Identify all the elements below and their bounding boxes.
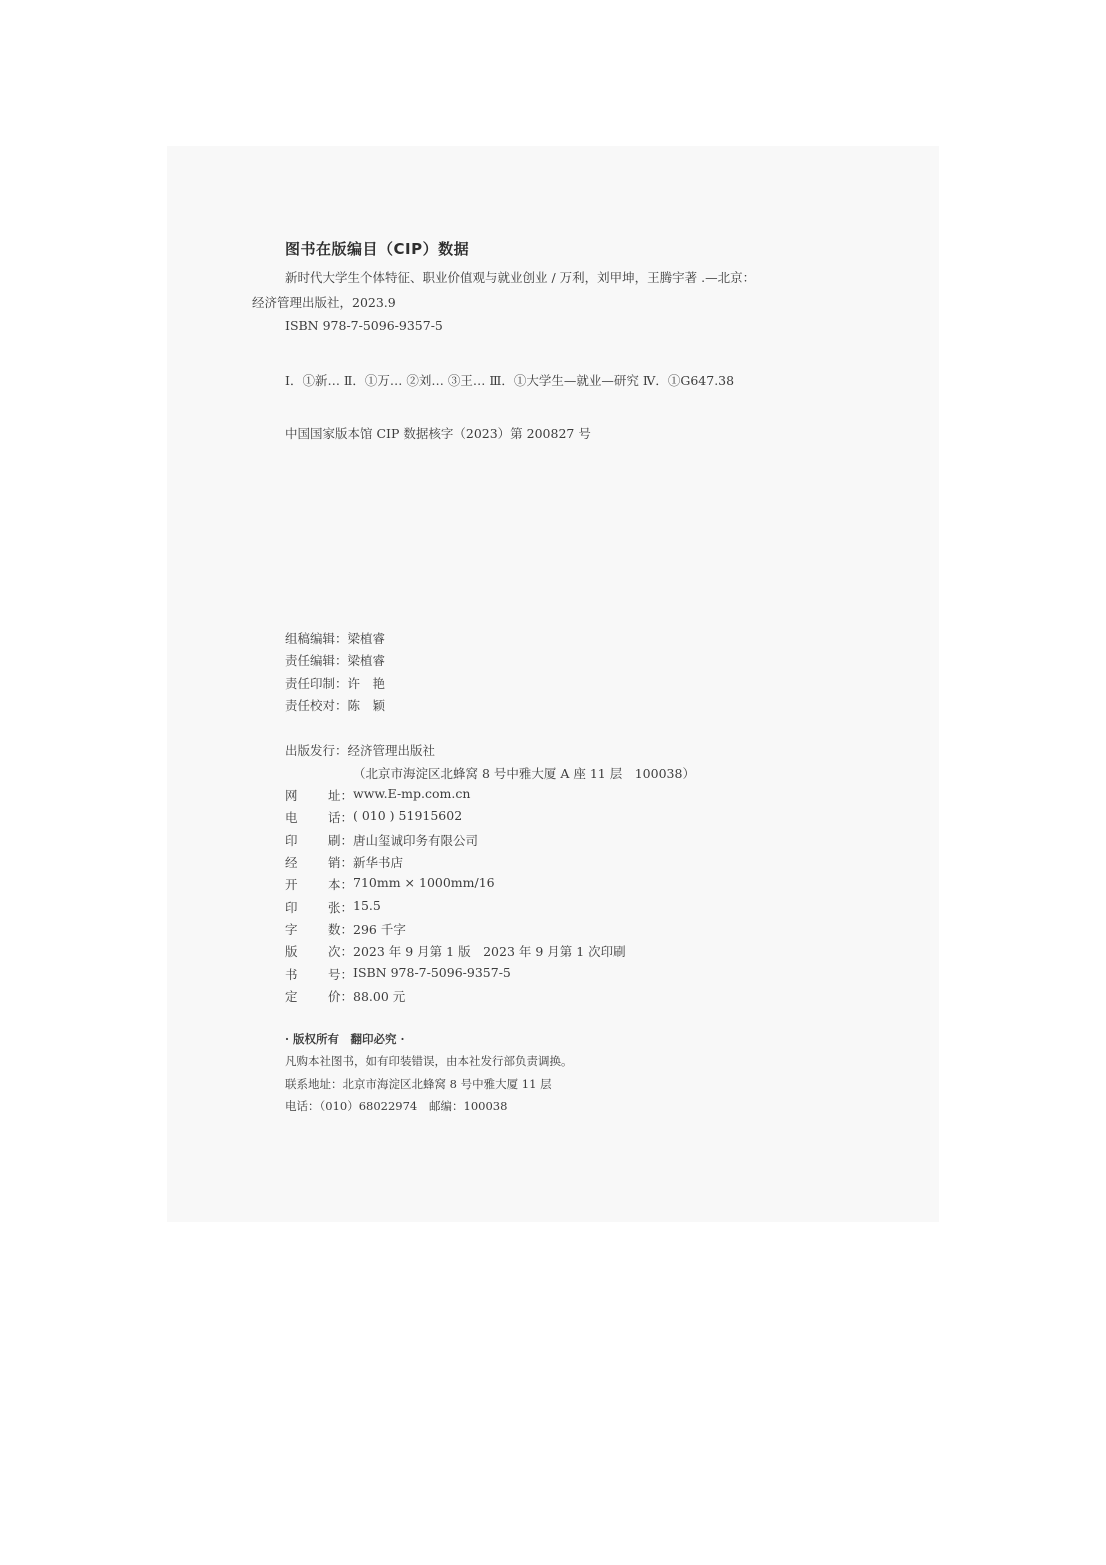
detail-row-price: 定价： 88.00 元 <box>285 987 405 1005</box>
detail-value: ( 010 ) 51915602 <box>353 808 462 826</box>
detail-label-a: 定 <box>285 987 298 1005</box>
detail-row-distributor: 经销： 新华书店 <box>285 853 403 871</box>
detail-value: ISBN 978-7-5096-9357-5 <box>353 965 511 983</box>
editor-value: 陈 颖 <box>348 696 386 714</box>
detail-label-a: 字 <box>285 920 298 938</box>
detail-label-a: 版 <box>285 942 298 960</box>
detail-label-a: 电 <box>285 808 298 826</box>
cip-classification: Ⅰ．①新… Ⅱ．①万… ②刘… ③王… Ⅲ．①大学生—就业—研究 Ⅳ．①G647… <box>285 371 734 389</box>
detail-label-b: 销： <box>328 853 353 871</box>
copyright-page: 图书在版编目（CIP）数据 新时代大学生个体特征、职业价值观与就业创业 / 万利… <box>167 146 939 1222</box>
detail-value: 15.5 <box>353 898 381 916</box>
detail-label-a: 网 <box>285 786 298 804</box>
detail-label-b: 次： <box>328 942 353 960</box>
detail-label-a: 印 <box>285 898 298 916</box>
detail-row-edition: 版次： 2023 年 9 月第 1 版 2023 年 9 月第 1 次印刷 <box>285 942 626 960</box>
cip-book-line: 新时代大学生个体特征、职业价值观与就业创业 / 万利，刘甲坤，王腾宇著 .—北京… <box>285 268 755 286</box>
detail-row-isbn: 书号： ISBN 978-7-5096-9357-5 <box>285 965 511 983</box>
detail-label-b: 址： <box>328 786 353 804</box>
detail-label-a: 开 <box>285 875 298 893</box>
editor-value: 梁植睿 <box>348 629 386 647</box>
detail-label-a: 书 <box>285 965 298 983</box>
editor-label: 责任印制： <box>285 674 348 692</box>
detail-value: 88.00 元 <box>353 987 405 1005</box>
editor-value: 梁植睿 <box>348 651 386 669</box>
detail-value: 唐山玺诚印务有限公司 <box>353 831 478 849</box>
detail-value: www.E-mp.com.cn <box>353 786 470 804</box>
detail-label-b: 刷： <box>328 831 353 849</box>
publisher-address: （北京市海淀区北蜂窝 8 号中雅大厦 A 座 11 层 100038） <box>353 764 695 782</box>
detail-value: 710mm × 1000mm/16 <box>353 875 495 893</box>
cip-isbn: ISBN 978-7-5096-9357-5 <box>285 318 443 333</box>
detail-value: 296 千字 <box>353 920 406 938</box>
publisher-value: 经济管理出版社 <box>348 741 436 759</box>
contact-phone: 电话：（010）68022974 <box>285 1098 417 1114</box>
detail-row-word-count: 字数： 296 千字 <box>285 920 406 938</box>
editor-label: 组稿编辑： <box>285 629 348 647</box>
copyright-notice: · 版权所有 翻印必究 · <box>285 1031 405 1047</box>
detail-label-b: 本： <box>328 875 353 893</box>
cip-verification-number: 中国国家版本馆 CIP 数据核字（2023）第 200827 号 <box>285 424 591 442</box>
detail-label-a: 印 <box>285 831 298 849</box>
editor-row-responsible: 责任编辑： 梁植睿 <box>285 651 385 669</box>
detail-label-b: 号： <box>328 965 353 983</box>
detail-label-b: 数： <box>328 920 353 938</box>
editor-value: 许 艳 <box>348 674 386 692</box>
detail-row-phone: 电话： ( 010 ) 51915602 <box>285 808 462 826</box>
publisher-row: 出版发行： 经济管理出版社 <box>285 741 435 759</box>
detail-label-b: 话： <box>328 808 353 826</box>
cip-publisher-line: 经济管理出版社，2023.9 <box>252 293 396 311</box>
detail-value: 2023 年 9 月第 1 版 2023 年 9 月第 1 次印刷 <box>353 942 626 960</box>
editor-row-acquisition: 组稿编辑： 梁植睿 <box>285 629 385 647</box>
detail-label-b: 价： <box>328 987 353 1005</box>
detail-label-a: 经 <box>285 853 298 871</box>
detail-row-sheets: 印张： 15.5 <box>285 898 381 916</box>
detail-row-printer: 印刷： 唐山玺诚印务有限公司 <box>285 831 478 849</box>
contact-postcode: 邮编：100038 <box>429 1098 507 1114</box>
editor-row-printing: 责任印制： 许 艳 <box>285 674 385 692</box>
contact-address: 联系地址：北京市海淀区北蜂窝 8 号中雅大厦 11 层 <box>285 1076 552 1092</box>
editor-label: 责任校对： <box>285 696 348 714</box>
detail-row-format: 开本： 710mm × 1000mm/16 <box>285 875 495 893</box>
detail-value: 新华书店 <box>353 853 403 871</box>
publisher-label: 出版发行： <box>285 741 348 759</box>
detail-row-website: 网址： www.E-mp.com.cn <box>285 786 470 804</box>
detail-label-b: 张： <box>328 898 353 916</box>
return-policy: 凡购本社图书，如有印装错误，由本社发行部负责调换。 <box>285 1053 573 1069</box>
editor-row-proofreading: 责任校对： 陈 颖 <box>285 696 385 714</box>
cip-title: 图书在版编目（CIP）数据 <box>285 238 469 259</box>
editor-label: 责任编辑： <box>285 651 348 669</box>
